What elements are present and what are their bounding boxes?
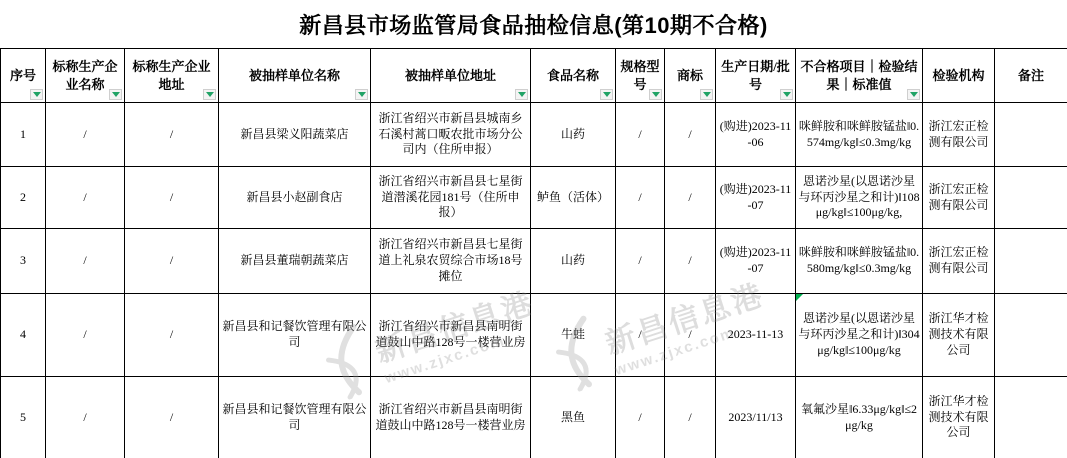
filter-dropdown-button[interactable] [600, 89, 613, 100]
cell-error-indicator-icon [796, 294, 803, 301]
col-header-spec-model: 规格型号 [616, 49, 665, 103]
filter-dropdown-button[interactable] [355, 89, 368, 100]
table-cell: / [616, 103, 665, 167]
table-cell: 山药 [531, 229, 616, 294]
col-header-label: 生产日期/批号 [721, 59, 790, 91]
table-cell: 2023/11/13 [716, 377, 796, 458]
table-cell: / [665, 103, 716, 167]
table-cell: (购进)2023-11-06 [716, 103, 796, 167]
table-cell: / [46, 377, 125, 458]
table-cell: / [665, 377, 716, 458]
table-cell: 新昌县梁义阳蔬菜店 [219, 103, 371, 167]
col-header-label: 商标 [677, 68, 703, 83]
table-cell: 浙江华才检测技术有限公司 [923, 377, 995, 458]
table-cell: 浙江宏正检测有限公司 [923, 103, 995, 167]
col-header-sampled-unit-name: 被抽样单位名称 [219, 49, 371, 103]
col-header-producer-name: 标称生产企业名称 [46, 49, 125, 103]
col-header-food-name: 食品名称 [531, 49, 616, 103]
filter-arrow-icon [206, 92, 214, 97]
table-cell: 鲈鱼（活体） [531, 167, 616, 229]
filter-dropdown-button[interactable] [649, 89, 662, 100]
table-cell: 恩诺沙星(以恩诺沙星与环丙沙星之和计)‖304μg/kg‖≤100μg/kg [796, 294, 923, 377]
table-cell: 牛蛙 [531, 294, 616, 377]
table-cell: 新昌县和记餐饮管理有限公司 [219, 377, 371, 458]
table-cell: 咪鲜胺和咪鲜胺锰盐‖0.580mg/kg‖≤0.3mg/kg [796, 229, 923, 294]
table-cell: / [125, 294, 219, 377]
title-row: 新昌县市场监管局食品抽检信息(第10期不合格) [0, 0, 1067, 48]
table-cell [995, 103, 1067, 167]
filter-dropdown-button[interactable] [515, 89, 528, 100]
col-header-serial: 序号 [1, 49, 46, 103]
table-cell: 浙江省绍兴市新昌县七星街道上礼泉农贸综合市场18号摊位 [371, 229, 531, 294]
table-cell: 咪鲜胺和咪鲜胺锰盐‖0.574mg/kg‖≤0.3mg/kg [796, 103, 923, 167]
filter-arrow-icon [33, 92, 41, 97]
table-cell: / [125, 167, 219, 229]
table-cell: 新昌县和记餐饮管理有限公司 [219, 294, 371, 377]
table-cell: 浙江宏正检测有限公司 [923, 167, 995, 229]
table-cell: 浙江省绍兴市新昌县南明街道鼓山中路128号一楼营业房 [371, 377, 531, 458]
table-cell: 恩诺沙星(以恩诺沙星与环丙沙星之和计)‖108μg/kg‖≤100μg/kg, [796, 167, 923, 229]
col-header-label: 不合格项目｜检验结果｜标准值 [800, 59, 917, 91]
table-cell: / [616, 294, 665, 377]
table-row: 4//新昌县和记餐饮管理有限公司浙江省绍兴市新昌县南明街道鼓山中路128号一楼营… [1, 294, 1067, 377]
table-cell [995, 377, 1067, 458]
col-header-inspection-agency: 检验机构 [923, 49, 995, 103]
col-header-label: 序号 [10, 68, 36, 83]
table-cell: / [125, 229, 219, 294]
page-title: 新昌县市场监管局食品抽检信息(第10期不合格) [299, 9, 768, 40]
col-header-label: 标称生产企业地址 [132, 59, 210, 91]
table-row: 5//新昌县和记餐饮管理有限公司浙江省绍兴市新昌县南明街道鼓山中路128号一楼营… [1, 377, 1067, 458]
spreadsheet-page: 新昌县市场监管局食品抽检信息(第10期不合格) 序号 标称生产企业名称 标称生产… [0, 0, 1067, 458]
table-row: 1//新昌县梁义阳蔬菜店浙江省绍兴市新昌县城南乡石溪村蒿口畈农批市场分公司内（住… [1, 103, 1067, 167]
col-header-label: 标称生产企业名称 [52, 59, 117, 91]
table-body: 1//新昌县梁义阳蔬菜店浙江省绍兴市新昌县城南乡石溪村蒿口畈农批市场分公司内（住… [1, 103, 1067, 458]
table-cell: 浙江华才检测技术有限公司 [923, 294, 995, 377]
col-header-remarks: 备注 [995, 49, 1067, 103]
filter-arrow-icon [358, 92, 366, 97]
col-header-label: 食品名称 [547, 68, 599, 83]
table-header: 序号 标称生产企业名称 标称生产企业地址 被抽样单位名称 被抽样单位地址 [1, 49, 1067, 103]
table-cell [995, 229, 1067, 294]
table-cell: / [665, 294, 716, 377]
col-header-label: 备注 [1018, 68, 1044, 83]
filter-dropdown-button[interactable] [109, 89, 122, 100]
table-cell: / [616, 167, 665, 229]
table-cell: 山药 [531, 103, 616, 167]
table-cell: 浙江省绍兴市新昌县七星街道潜溪花园181号（住所申报） [371, 167, 531, 229]
table-cell: 5 [1, 377, 46, 458]
table-cell: / [665, 229, 716, 294]
table-cell: 2023-11-13 [716, 294, 796, 377]
col-header-producer-address: 标称生产企业地址 [125, 49, 219, 103]
table-cell: / [665, 167, 716, 229]
table-cell: / [125, 377, 219, 458]
filter-arrow-icon [603, 92, 611, 97]
table-cell: / [46, 294, 125, 377]
filter-dropdown-button[interactable] [780, 89, 793, 100]
table-cell: 2 [1, 167, 46, 229]
filter-arrow-icon [518, 92, 526, 97]
col-header-label: 检验机构 [932, 68, 984, 83]
table-row: 2//新昌县小赵副食店浙江省绍兴市新昌县七星街道潜溪花园181号（住所申报）鲈鱼… [1, 167, 1067, 229]
table-cell: 新昌县小赵副食店 [219, 167, 371, 229]
col-header-brand: 商标 [665, 49, 716, 103]
col-header-label: 被抽样单位地址 [405, 68, 496, 83]
table-cell: 浙江宏正检测有限公司 [923, 229, 995, 294]
filter-arrow-icon [703, 92, 711, 97]
filter-dropdown-button[interactable] [203, 89, 216, 100]
filter-arrow-icon [112, 92, 120, 97]
filter-arrow-icon [783, 92, 791, 97]
col-header-label: 规格型号 [620, 59, 659, 91]
col-header-label: 被抽样单位名称 [249, 68, 340, 83]
filter-dropdown-button[interactable] [907, 89, 920, 100]
table-cell [995, 294, 1067, 377]
table-cell: 黑鱼 [531, 377, 616, 458]
filter-dropdown-button[interactable] [700, 89, 713, 100]
table-cell: (购进)2023-11-07 [716, 229, 796, 294]
table-cell: / [46, 103, 125, 167]
table-cell: / [616, 377, 665, 458]
inspection-table: 序号 标称生产企业名称 标称生产企业地址 被抽样单位名称 被抽样单位地址 [0, 48, 1067, 458]
table-cell: / [46, 229, 125, 294]
header-row: 序号 标称生产企业名称 标称生产企业地址 被抽样单位名称 被抽样单位地址 [1, 49, 1067, 103]
table-cell: 新昌县董瑞朝蔬菜店 [219, 229, 371, 294]
table-row: 3//新昌县董瑞朝蔬菜店浙江省绍兴市新昌县七星街道上礼泉农贸综合市场18号摊位山… [1, 229, 1067, 294]
col-header-production-date: 生产日期/批号 [716, 49, 796, 103]
table-cell: 浙江省绍兴市新昌县城南乡石溪村蒿口畈农批市场分公司内（住所申报） [371, 103, 531, 167]
filter-arrow-icon [652, 92, 660, 97]
table-cell: 氧氟沙星‖6.33μg/kg‖≤2μg/kg [796, 377, 923, 458]
table-cell: 浙江省绍兴市新昌县南明街道鼓山中路128号一楼营业房 [371, 294, 531, 377]
table-cell: 3 [1, 229, 46, 294]
col-header-sampled-unit-address: 被抽样单位地址 [371, 49, 531, 103]
table-cell: / [616, 229, 665, 294]
table-cell: / [125, 103, 219, 167]
table-cell [995, 167, 1067, 229]
filter-dropdown-button[interactable] [30, 89, 43, 100]
table-cell: / [46, 167, 125, 229]
table-cell: 4 [1, 294, 46, 377]
table-cell: (购进)2023-11-07 [716, 167, 796, 229]
col-header-failed-item: 不合格项目｜检验结果｜标准值 [796, 49, 923, 103]
table-cell: 1 [1, 103, 46, 167]
filter-arrow-icon [910, 92, 918, 97]
